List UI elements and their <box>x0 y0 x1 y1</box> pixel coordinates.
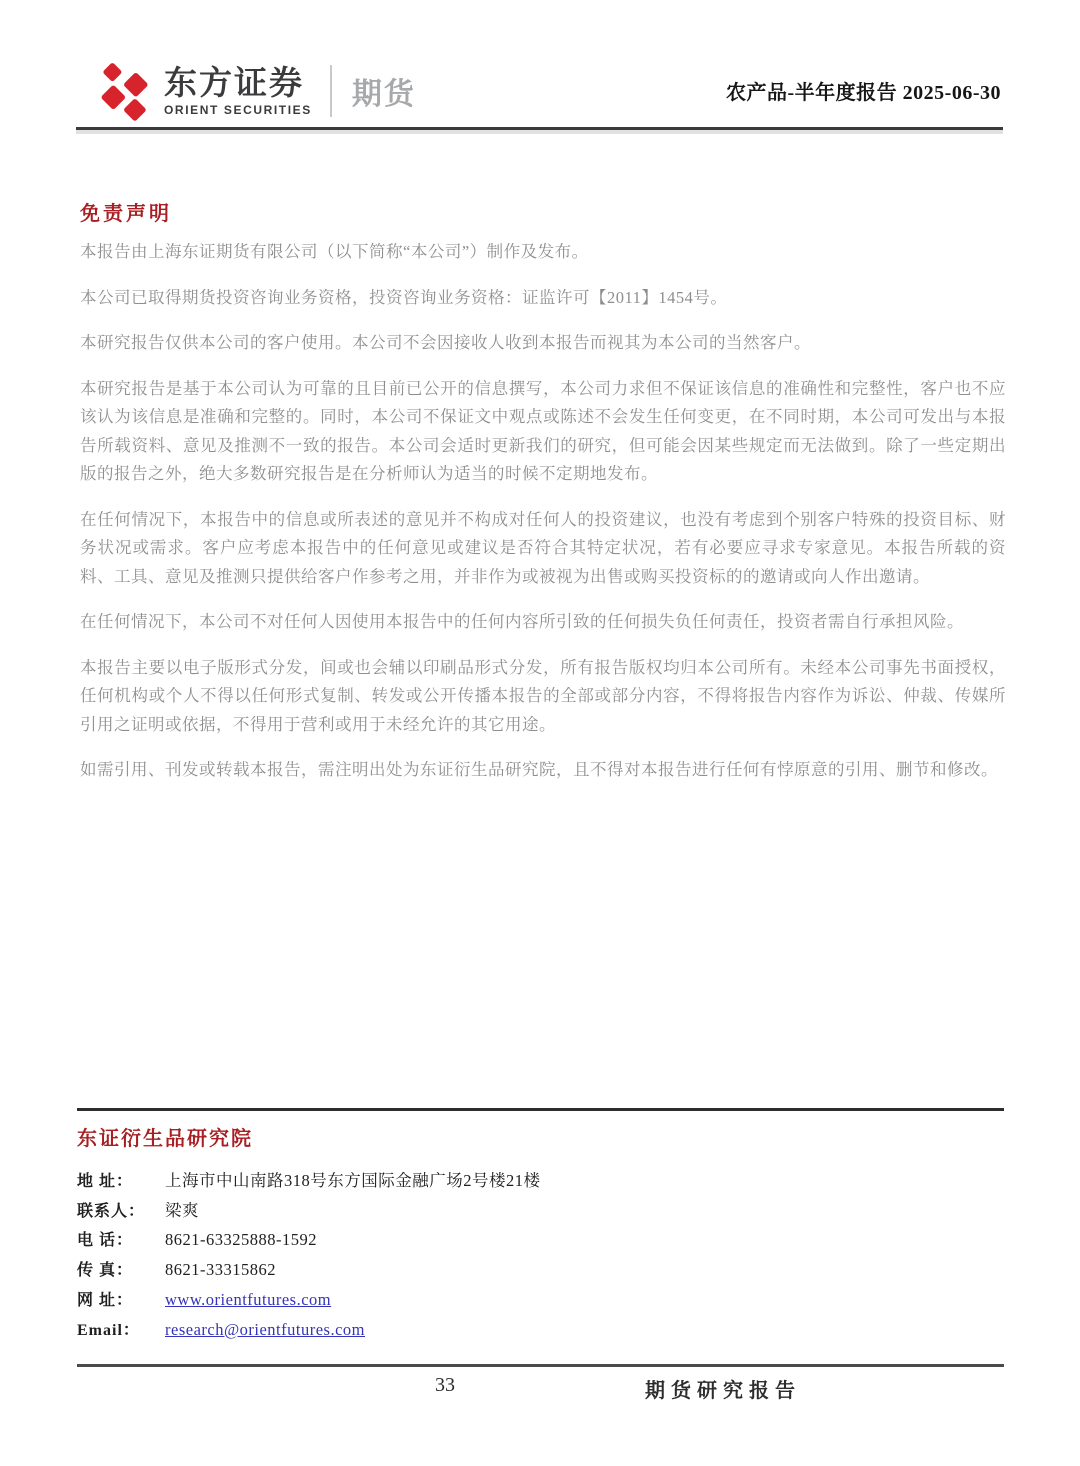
disclaimer-paragraph: 本公司已取得期货投资咨询业务资格，投资咨询业务资格：证监许可【2011】1454… <box>80 284 1006 313</box>
disclaimer-title: 免责声明 <box>80 197 172 226</box>
contact-row-phone: 电 话： 8621-63325888-1592 <box>77 1227 1004 1257</box>
contact-label: 网 址： <box>77 1287 151 1310</box>
contact-value-person: 梁爽 <box>151 1197 199 1221</box>
website-link[interactable]: www.orientfutures.com <box>151 1290 331 1310</box>
contact-value-phone: 8621-63325888-1592 <box>151 1230 317 1250</box>
disclaimer-paragraph: 本报告由上海东证期货有限公司（以下简称“本公司”）制作及发布。 <box>80 238 1006 267</box>
contact-value-address: 上海市中山南路318号东方国际金融广场2号楼21楼 <box>151 1167 541 1191</box>
disclaimer-body: 本报告由上海东证期货有限公司（以下简称“本公司”）制作及发布。 本公司已取得期货… <box>80 238 1006 802</box>
contact-row-contact-person: 联系人： 梁爽 <box>77 1197 1004 1227</box>
contact-label: 地 址： <box>77 1168 151 1191</box>
contact-value-fax: 8621-33315862 <box>151 1260 276 1280</box>
contact-label: 传 真： <box>77 1257 151 1280</box>
report-type-label: 期货研究报告 <box>645 1374 801 1403</box>
email-link[interactable]: research@orientfutures.com <box>151 1320 365 1340</box>
disclaimer-paragraph: 本报告主要以电子版形式分发，间或也会辅以印刷品形式分发，所有报告版权均归本公司所… <box>80 654 1006 740</box>
orient-securities-logo-icon <box>98 60 152 122</box>
page-footer: 33 期货研究报告 <box>77 1364 1004 1412</box>
contact-label: Email： <box>77 1317 151 1340</box>
contact-section: 东证衍生品研究院 地 址： 上海市中山南路318号东方国际金融广场2号楼21楼 … <box>77 1108 1004 1347</box>
disclaimer-paragraph: 本研究报告仅供本公司的客户使用。本公司不会因接收人收到本报告而视其为本公司的当然… <box>80 329 1006 358</box>
brand-name-en: ORIENT SECURITIES <box>164 103 312 117</box>
brand-name-cn: 东方证券 <box>164 65 312 101</box>
page-number: 33 <box>435 1374 455 1397</box>
division-label: 期货 <box>352 69 416 113</box>
page-header: 东方证券 ORIENT SECURITIES 期货 农产品-半年度报告 2025… <box>76 60 1003 130</box>
disclaimer-paragraph: 如需引用、刊发或转载本报告，需注明出处为东证衍生品研究院，且不得对本报告进行任何… <box>80 756 1006 785</box>
disclaimer-paragraph: 在任何情况下，本报告中的信息或所表述的意见并不构成对任何人的投资建议，也没有考虑… <box>80 506 1006 592</box>
contact-row-address: 地 址： 上海市中山南路318号东方国际金融广场2号楼21楼 <box>77 1167 1004 1197</box>
report-meta: 农产品-半年度报告 2025-06-30 <box>726 76 1001 105</box>
research-institute-title: 东证衍生品研究院 <box>77 1122 1004 1151</box>
report-page: 东方证券 ORIENT SECURITIES 期货 农产品-半年度报告 2025… <box>0 0 1080 1466</box>
contact-label: 联系人： <box>77 1198 151 1221</box>
disclaimer-paragraph: 本研究报告是基于本公司认为可靠的且目前已公开的信息撰写，本公司力求但不保证该信息… <box>80 375 1006 489</box>
contact-row-fax: 传 真： 8621-33315862 <box>77 1257 1004 1287</box>
contact-rows: 地 址： 上海市中山南路318号东方国际金融广场2号楼21楼 联系人： 梁爽 电… <box>77 1167 1004 1347</box>
brand-text: 东方证券 ORIENT SECURITIES <box>164 65 312 117</box>
disclaimer-paragraph: 在任何情况下，本公司不对任何人因使用本报告中的任何内容所引致的任何损失负任何责任… <box>80 608 1006 637</box>
header-divider <box>330 65 332 117</box>
contact-row-email: Email： research@orientfutures.com <box>77 1317 1004 1347</box>
contact-row-website: 网 址： www.orientfutures.com <box>77 1287 1004 1317</box>
contact-label: 电 话： <box>77 1227 151 1250</box>
